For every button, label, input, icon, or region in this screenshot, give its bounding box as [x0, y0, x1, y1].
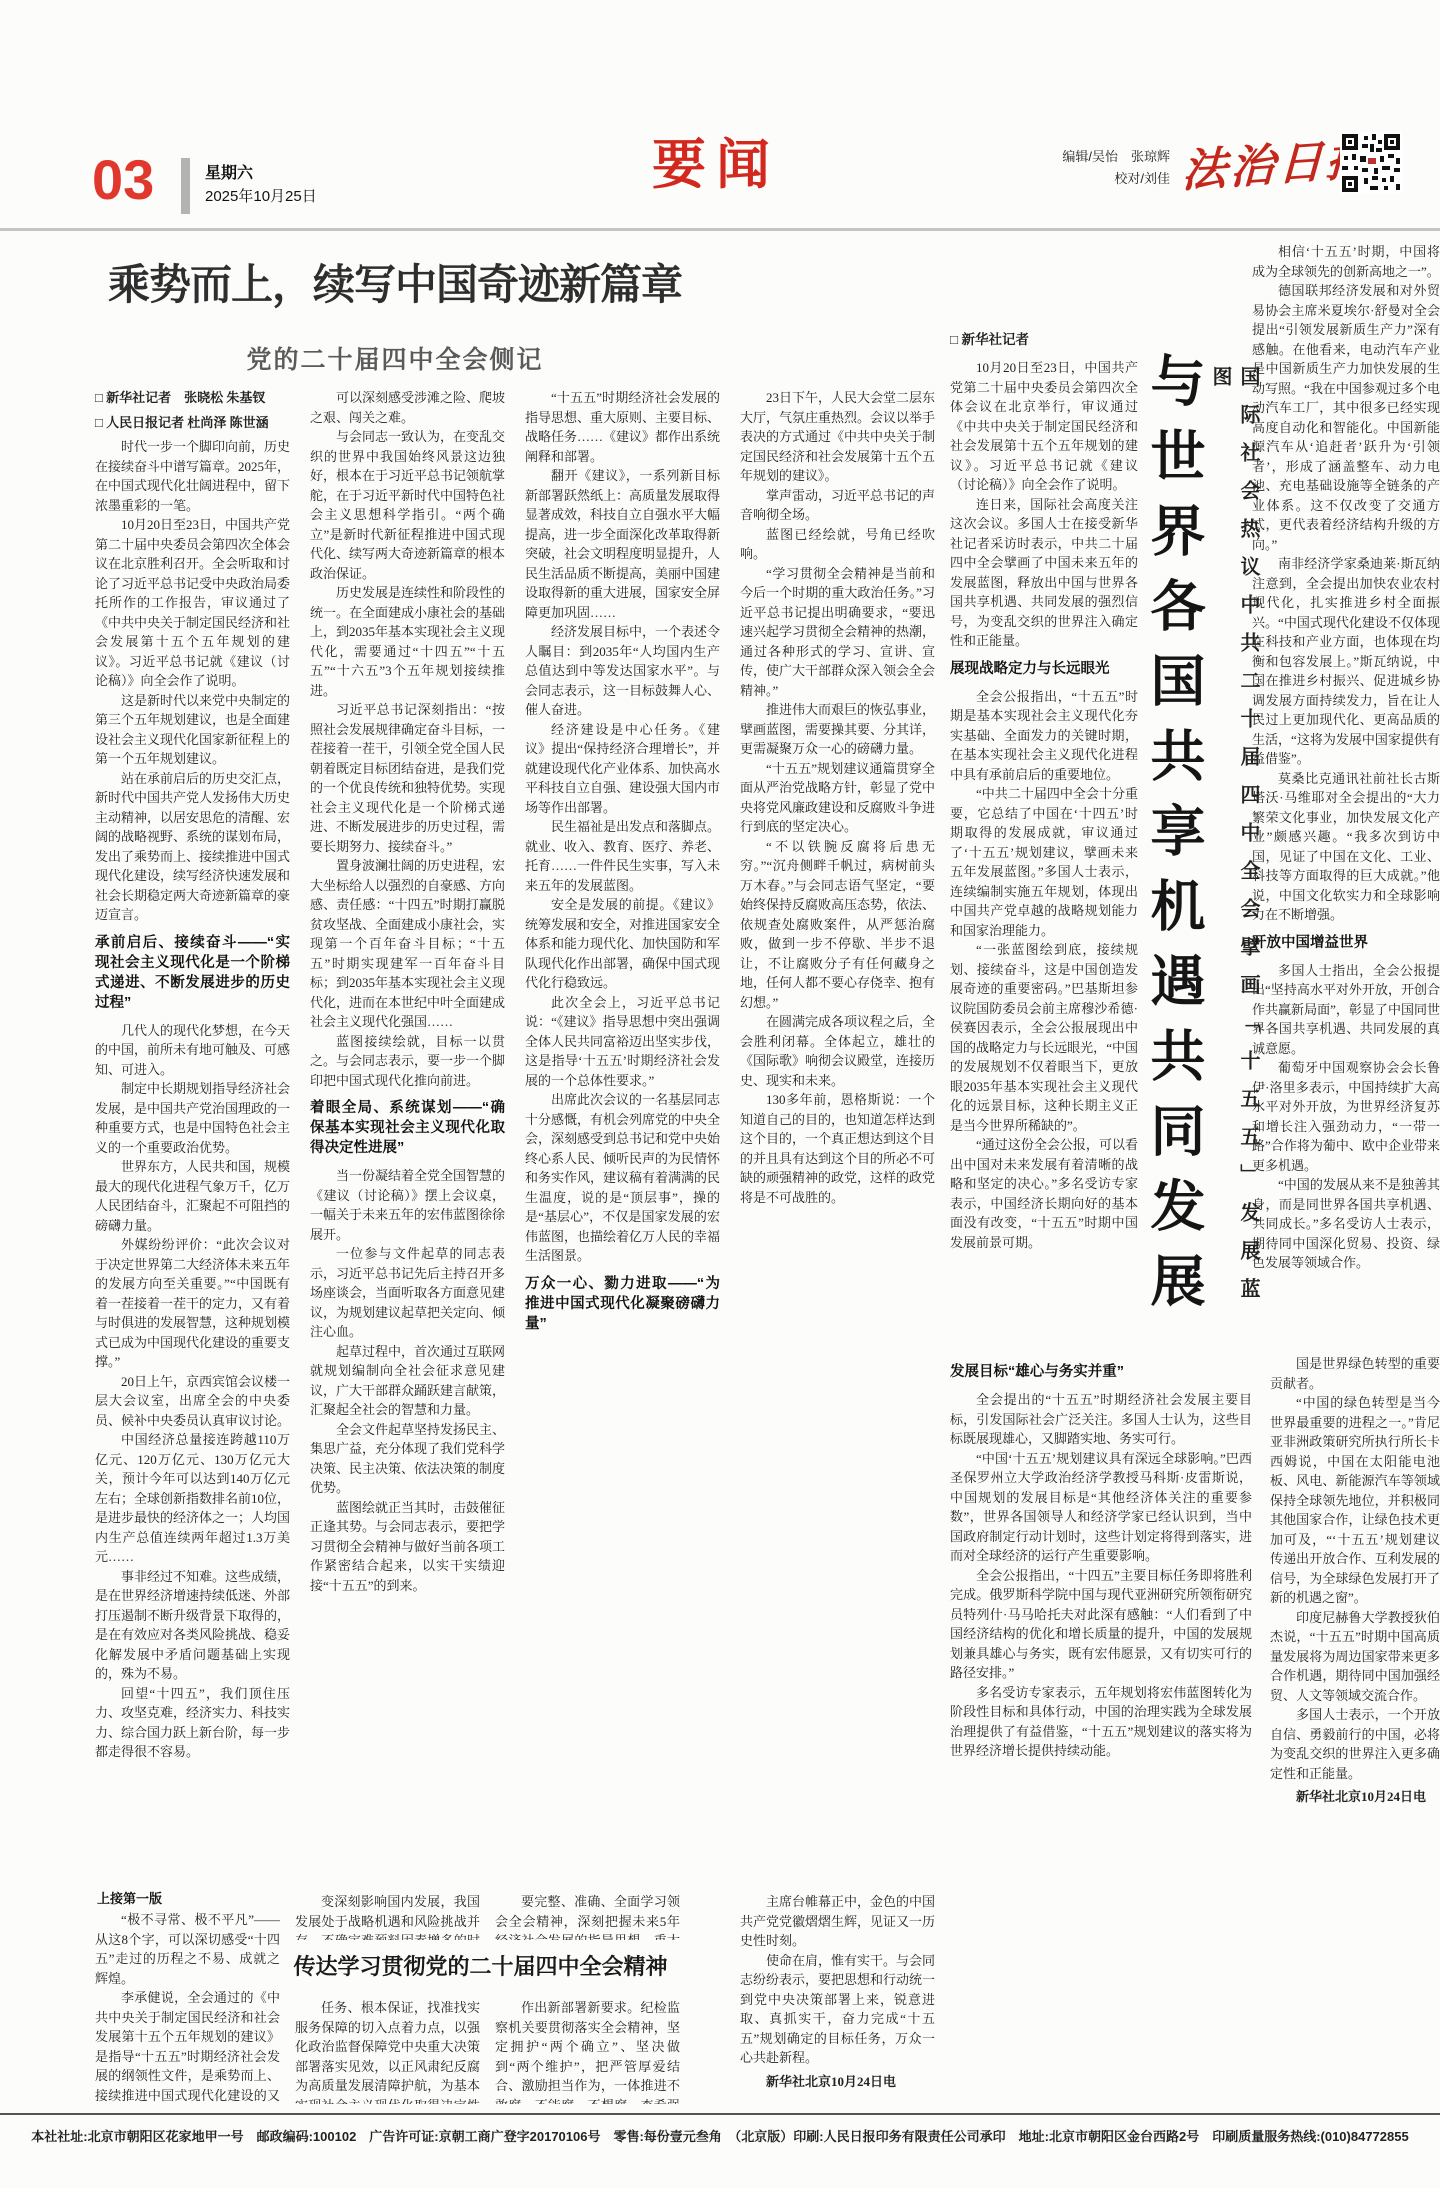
body-paragraph: “中国的绿色转型是当今世界最重要的进程之一。”肯尼亚非洲政策研究所执行所长卡西姆…: [1270, 1393, 1440, 1608]
section-title: 要闻: [652, 122, 780, 199]
editor-credits: 编辑/吴怡 张琼辉 校对/刘佳: [1015, 146, 1170, 190]
body-paragraph: “不以铁腕反腐将后患无穷。”“沉舟侧畔千帆过，病树前头万木春。”与会同志语气坚定…: [740, 837, 935, 1013]
body-paragraph: 要完整、准确、全面学习领会全会精神，深刻把握未来5年经济社会发展的指导思想、重大…: [495, 1892, 680, 1940]
body-paragraph: 连日来，国际社会高度关注这次会议。多国人士在接受新华社记者采访时表示，中共二十届…: [950, 495, 1138, 651]
body-paragraph: “中国的发展从来不是独善其身，而是同世界各国共享机遇、共同成长。”多名受访人士表…: [1252, 1175, 1440, 1273]
column-subhead: 着眼全局、系统谋划——“确保基本实现社会主义现代化取得决定性进展”: [310, 1098, 505, 1158]
header-divider-bar: [181, 158, 190, 214]
body-paragraph: “十五五”规划建议通篇贯穿全面从严治党战略方针，彰显了党中央将党风廉政建设和反腐…: [740, 759, 935, 837]
body-paragraph: 130多年前，恩格斯说：一个知道自己的目的，也知道怎样达到这个目的，一个真正想达…: [740, 1090, 935, 1207]
body-paragraph: 出席此次会议的一名基层同志十分感慨，有机会列席党的中央全会，深刻感受到总书记和党…: [525, 1090, 720, 1266]
body-paragraph: 20日上午，京西宾馆会议楼一层大会议室，出席全会的中央委员、候补中央委员认真审议…: [95, 1372, 290, 1431]
body-paragraph: 多名受访专家表示，五年规划将宏伟蓝图转化为阶段性目标和具体行动，中国的治理实践为…: [950, 1683, 1252, 1761]
body-paragraph: 几代人的现代化梦想，在今天的中国，前所未有地可触及、可感知、可进入。: [95, 1021, 290, 1080]
body-paragraph: “极不寻常、极不平凡”——从这8个字，可以深切感受“十四五”走过的历程之不易、成…: [95, 1910, 280, 1988]
bottom-column-right: 主席台帷幕正中，金色的中国共产党党徽熠熠生辉，见证又一历史性时刻。使命在肩，惟有…: [740, 1892, 935, 2104]
body-paragraph: “中共二十届四中全会十分重要，它总结了中国在‘十四五’时期取得的发展成就，审议通…: [950, 784, 1138, 940]
body-paragraph: 南非经济学家桑迪莱·斯瓦纳注意到，全会提出加快农业农村现代化，扎实推进乡村全面振…: [1252, 554, 1440, 769]
body-paragraph: 任务、根本保证，找准找实服务保障的切入点着力点，以强化政治监督保障党中央重大决策…: [295, 1998, 480, 2104]
intl-column-c: 国是世界绿色转型的重要贡献者。“中国的绿色转型是当今世界最重要的进程之一。”肯尼…: [1270, 1354, 1440, 2102]
body-paragraph: 相信‘十五五’时期，中国将成为全球领先的创新高地之一”。: [1252, 242, 1440, 281]
body-paragraph: 可以深刻感受涉滩之险、爬坡之艰、闯关之难。: [310, 388, 505, 427]
intl-column-wide: 发展目标“雄心与务实并重”全会提出的“十五五”时期经济社会发展主要目标，引发国际…: [950, 1354, 1252, 2102]
footer-rule: [0, 2113, 1440, 2115]
body-paragraph: “通过这份全会公报，可以看出中国对未来发展有着清晰的战略和坚定的决心。”多名受访…: [950, 1135, 1138, 1252]
body-paragraph: 这是新时代以来党中央制定的第三个五年规划建议，也是全面建设社会主义现代化国家新征…: [95, 691, 290, 769]
column-subhead: 发展目标“雄心与务实并重”: [950, 1362, 1252, 1382]
body-paragraph: “十五五”时期经济社会发展的指导思想、重大原则、主要目标、战略任务……《建议》都…: [525, 388, 720, 466]
bottom-above-right: 要完整、准确、全面学习领会全会精神，深刻把握未来5年经济社会发展的指导思想、重大…: [495, 1892, 680, 1940]
body-paragraph: 事非经过不知难。这些成绩，是在世界经济增速持续低迷、外部打压遏制不断升级背景下取…: [95, 1567, 290, 1684]
body-paragraph: 李承健说，全会通过的《中共中央关于制定国民经济和社会发展第十五个五年规划的建议》…: [95, 1988, 280, 2106]
bottom-below-right: 作出新部署新要求。纪检监察机关要贯彻落实全会精神，坚定拥护“两个确立”、坚决做到…: [495, 1998, 680, 2104]
main-column-3: “十五五”时期经济社会发展的指导思想、重大原则、主要目标、战略任务……《建议》都…: [525, 388, 720, 1882]
body-paragraph: 世界东方，人民共和国，规模最大的现代化进程气象万千，亿万人民团结奋斗，汇聚起不可…: [95, 1157, 290, 1235]
body-paragraph: 掌声雷动，习近平总书记的声音响彻全场。: [740, 486, 935, 525]
editor-line: 编辑/吴怡 张琼辉: [1015, 146, 1170, 168]
body-paragraph: 全会文件起草坚持发扬民主、集思广益，充分体现了我们党科学决策、民主决策、依法决策…: [310, 1420, 505, 1498]
body-paragraph: 使命在肩，惟有实干。与会同志纷纷表示，要把思想和行动统一到党中央决策部署上来，锐…: [740, 1951, 935, 2068]
body-paragraph: 主席台帷幕正中，金色的中国共产党党徽熠熠生辉，见证又一历史性时刻。: [740, 1892, 935, 1951]
body-paragraph: 多国人士指出，全会公报提出“坚持高水平对外开放，开创合作共赢新局面”，彰显了中国…: [1252, 961, 1440, 1059]
qr-code: [1340, 132, 1402, 194]
body-paragraph: 站在承前启后的历史交汇点，新时代中国共产党人发扬伟大历史主动精神，以居安思危的清…: [95, 769, 290, 925]
body-paragraph: 此次全会上，习近平总书记说：“《建议》指导思想中突出强调全体人民共同富裕迈出坚实…: [525, 993, 720, 1091]
body-paragraph: 多国人士表示，一个开放自信、勇毅前行的中国，必将为变乱交织的世界注入更多确定性和…: [1270, 1705, 1440, 1783]
byline: □ 人民日报记者 杜尚泽 陈世涵: [95, 413, 290, 433]
body-paragraph: 蓝图绘就正当其时，击鼓催征正逢其势。与会同志表示，要把学习贯彻全会精神与做好当前…: [310, 1498, 505, 1596]
body-paragraph: 蓝图已经绘就，号角已经吹响。: [740, 525, 935, 564]
news-agency-dateline: 新华社北京10月24日电: [1270, 1787, 1440, 1807]
body-paragraph: 习近平总书记深刻指出：“按照社会发展规律确定奋斗目标，一茬接着一茬干，引领全党全…: [310, 700, 505, 856]
weekday: 星期六: [205, 160, 253, 183]
footer-imprint: 本社社址:北京市朝阳区花家地甲一号 邮政编码:100102 广告许可证:京朝工商…: [0, 2126, 1440, 2145]
body-paragraph: 与会同志一致认为，在变乱交织的世界中我国始终风景这边独好，根本在于习近平总书记领…: [310, 427, 505, 583]
body-paragraph: 历史发展是连续性和阶段性的统一。在全面建成小康社会的基础上，到2035年基本实现…: [310, 583, 505, 700]
body-paragraph: 作出新部署新要求。纪检监察机关要贯彻落实全会精神，坚定拥护“两个确立”、坚决做到…: [495, 1998, 680, 2104]
body-paragraph: 经济建设是中心任务。《建议》提出“保持经济合理增长”，并就建设现代化产业体系、加…: [525, 720, 720, 818]
body-paragraph: 全会公报指出，“十四五”主要目标任务即将胜利完成。俄罗斯科学院中国与现代亚洲研究…: [950, 1566, 1252, 1683]
main-headline: 乘势而上，续写中国奇迹新篇章: [95, 252, 695, 312]
body-paragraph: 制定中长期规划指导经济社会发展，是中国共产党治国理政的一种重要方式，也是中国特色…: [95, 1079, 290, 1157]
intl-column-b: 相信‘十五五’时期，中国将成为全球领先的创新高地之一”。德国联邦经济发展和对外贸…: [1252, 242, 1440, 1342]
main-subheadline: 党的二十届四中全会侧记: [95, 340, 695, 376]
column-subhead: 万众一心、勠力进取——“为推进中国式现代化凝聚磅礴力量”: [525, 1274, 720, 1334]
intl-column-a: 10月20日至23日，中国共产党第二十届中央委员会第四次全体会议在北京举行，审议…: [950, 358, 1138, 1342]
header-rule: [0, 228, 1440, 231]
bottom-above-left: 变深刻影响国内发展，我国发展处于战略机遇和风险挑战并存、不确定难预料因素增多的时…: [295, 1892, 480, 1940]
bottom-headline: 传达学习贯彻党的二十届四中全会精神: [288, 1950, 673, 1981]
issue-date: 2025年10月25日: [205, 185, 317, 206]
newspaper-page: 03 星期六 2025年10月25日 要闻 编辑/吴怡 张琼辉 校对/刘佳 法治…: [0, 0, 1440, 2188]
intl-vertical-headline: 与世界各国共享机遇共同发展: [1142, 352, 1203, 1347]
page-number: 03: [92, 152, 154, 208]
column-subhead: 开放中国增益世界: [1252, 933, 1440, 953]
body-paragraph: 莫桑比克通讯社前社长古斯塔沃·马维耶对全会提出的“大力繁荣文化事业，加快发展文化…: [1252, 769, 1440, 925]
bottom-column-1: “极不寻常、极不平凡”——从这8个字，可以深切感受“十四五”走过的历程之不易、成…: [95, 1910, 280, 2106]
body-paragraph: 23日下午，人民大会堂二层东大厅，气氛庄重热烈。会议以举手表决的方式通过《中共中…: [740, 388, 935, 486]
body-paragraph: 回望“十四五”，我们顶住压力、攻坚克难，经济实力、科技实力、综合国力跃上新台阶，…: [95, 1684, 290, 1762]
body-paragraph: 当一份凝结着全党全国智慧的《建议（讨论稿）》摆上会议桌，一幅关于未来五年的宏伟蓝…: [310, 1166, 505, 1244]
body-paragraph: 外媒纷纷评价：“此次会议对于决定世界第二大经济体未来五年的发展方向至关重要。”“…: [95, 1235, 290, 1372]
body-paragraph: 葡萄牙中国观察协会会长鲁伊·洛里多表示，中国持续扩大高水平对外开放，为世界经济复…: [1252, 1058, 1440, 1175]
byline: □ 新华社记者 张晓松 朱基钗: [95, 388, 290, 408]
body-paragraph: 蓝图接续绘就，目标一以贯之。与会同志表示，要一步一个脚印把中国式现代化推向前进。: [310, 1032, 505, 1091]
body-paragraph: 全会公报指出，“十五五”时期是基本实现社会主义现代化夯实基础、全面发力的关键时期…: [950, 687, 1138, 785]
body-paragraph: 时代一步一个脚印向前，历史在接续奋斗中谱写篇章。2025年，在中国式现代化壮阔进…: [95, 437, 290, 515]
column-subhead: 承前启后、接续奋斗——“实现社会主义现代化是一个阶梯式递进、不断发展进步的历史过…: [95, 933, 290, 1013]
body-paragraph: “学习贯彻全会精神是当前和今后一个时期的重大政治任务。”习近平总书记提出明确要求…: [740, 564, 935, 701]
body-paragraph: 推进伟大而艰巨的恢弘事业，擘画蓝图，需要操其要、分其详，更需凝聚万众一心的磅礴力…: [740, 700, 935, 759]
body-paragraph: 民生福祉是出发点和落脚点。就业、收入、教育、医疗、养老、托育……一件件民生实事，…: [525, 817, 720, 895]
body-paragraph: 置身波澜壮阔的历史进程，宏大坐标给人以强烈的自豪感、方向感、责任感：“十四五”时…: [310, 856, 505, 1032]
body-paragraph: 翻开《建议》，一系列新目标新部署跃然纸上：高质量发展取得显著成效，科技自立自强水…: [525, 466, 720, 622]
main-column-4: 23日下午，人民大会堂二层东大厅，气氛庄重热烈。会议以举手表决的方式通过《中共中…: [740, 388, 935, 1882]
body-paragraph: 中国经济总量接连跨越110万亿元、120万亿元、130万亿元大关，预计今年可以达…: [95, 1430, 290, 1567]
news-agency-dateline: 新华社北京10月24日电: [740, 2072, 935, 2092]
body-paragraph: 国是世界绿色转型的重要贡献者。: [1270, 1354, 1440, 1393]
body-paragraph: “一张蓝图绘到底，接续规划、接续奋斗，这是中国创造发展奇迹的重要密码。”巴基斯坦…: [950, 940, 1138, 1135]
main-column-2: 可以深刻感受涉滩之险、爬坡之艰、闯关之难。与会同志一致认为，在变乱交织的世界中我…: [310, 388, 505, 1882]
body-paragraph: 经济发展目标中，一个表述令人瞩目：到2035年“人均国内生产总值达到中等发达国家…: [525, 622, 720, 720]
body-paragraph: 变深刻影响国内发展，我国发展处于战略机遇和风险挑战并存、不确定难预料因素增多的时…: [295, 1892, 480, 1940]
proofreader-line: 校对/刘佳: [1015, 168, 1170, 190]
body-paragraph: 在圆满完成各项议程之后，全会胜利闭幕。全体起立，雄壮的《国际歌》响彻会议殿堂，连…: [740, 1012, 935, 1090]
body-paragraph: 10月20日至23日，中国共产党第二十届中央委员会第四次全体会议在北京胜利召开。…: [95, 515, 290, 691]
intl-byline: □ 新华社记者: [950, 328, 1029, 348]
body-paragraph: 一位参与文件起草的同志表示，习近平总书记先后主持召开多场座谈会，当面听取各方面意…: [310, 1244, 505, 1342]
body-paragraph: 起草过程中，首次通过互联网就规划编制向全社会征求意见建议，广大干部群众踊跃建言献…: [310, 1342, 505, 1420]
body-paragraph: 德国联邦经济发展和对外贸易协会主席米夏埃尔·舒曼对全会提出“引领发展新质生产力”…: [1252, 281, 1440, 554]
body-paragraph: 安全是发展的前提。《建议》统筹发展和安全，对推进国家安全体系和能力现代化、加快国…: [525, 895, 720, 993]
main-article-columns: □ 新华社记者 张晓松 朱基钗□ 人民日报记者 杜尚泽 陈世涵时代一步一个脚印向…: [95, 388, 935, 1882]
continued-from-page-one-label: 上接第一版: [97, 1888, 162, 1907]
column-subhead: 展现战略定力与长远眼光: [950, 659, 1138, 679]
main-column-1: □ 新华社记者 张晓松 朱基钗□ 人民日报记者 杜尚泽 陈世涵时代一步一个脚印向…: [95, 388, 290, 1882]
body-paragraph: 印度尼赫鲁大学教授狄伯杰说，“十五五”时期中国高质量发展将为周边国家带来更多合作…: [1270, 1608, 1440, 1706]
body-paragraph: “中国‘十五五’规划建议具有深远全球影响。”巴西圣保罗州立大学政治经济学教授马科…: [950, 1449, 1252, 1566]
bottom-below-left: 任务、根本保证，找准找实服务保障的切入点着力点，以强化政治监督保障党中央重大决策…: [295, 1998, 480, 2104]
body-paragraph: 10月20日至23日，中国共产党第二十届中央委员会第四次全体会议在北京举行，审议…: [950, 358, 1138, 495]
body-paragraph: 全会提出的“十五五”时期经济社会发展主要目标，引发国际社会广泛关注。多国人士认为…: [950, 1390, 1252, 1449]
